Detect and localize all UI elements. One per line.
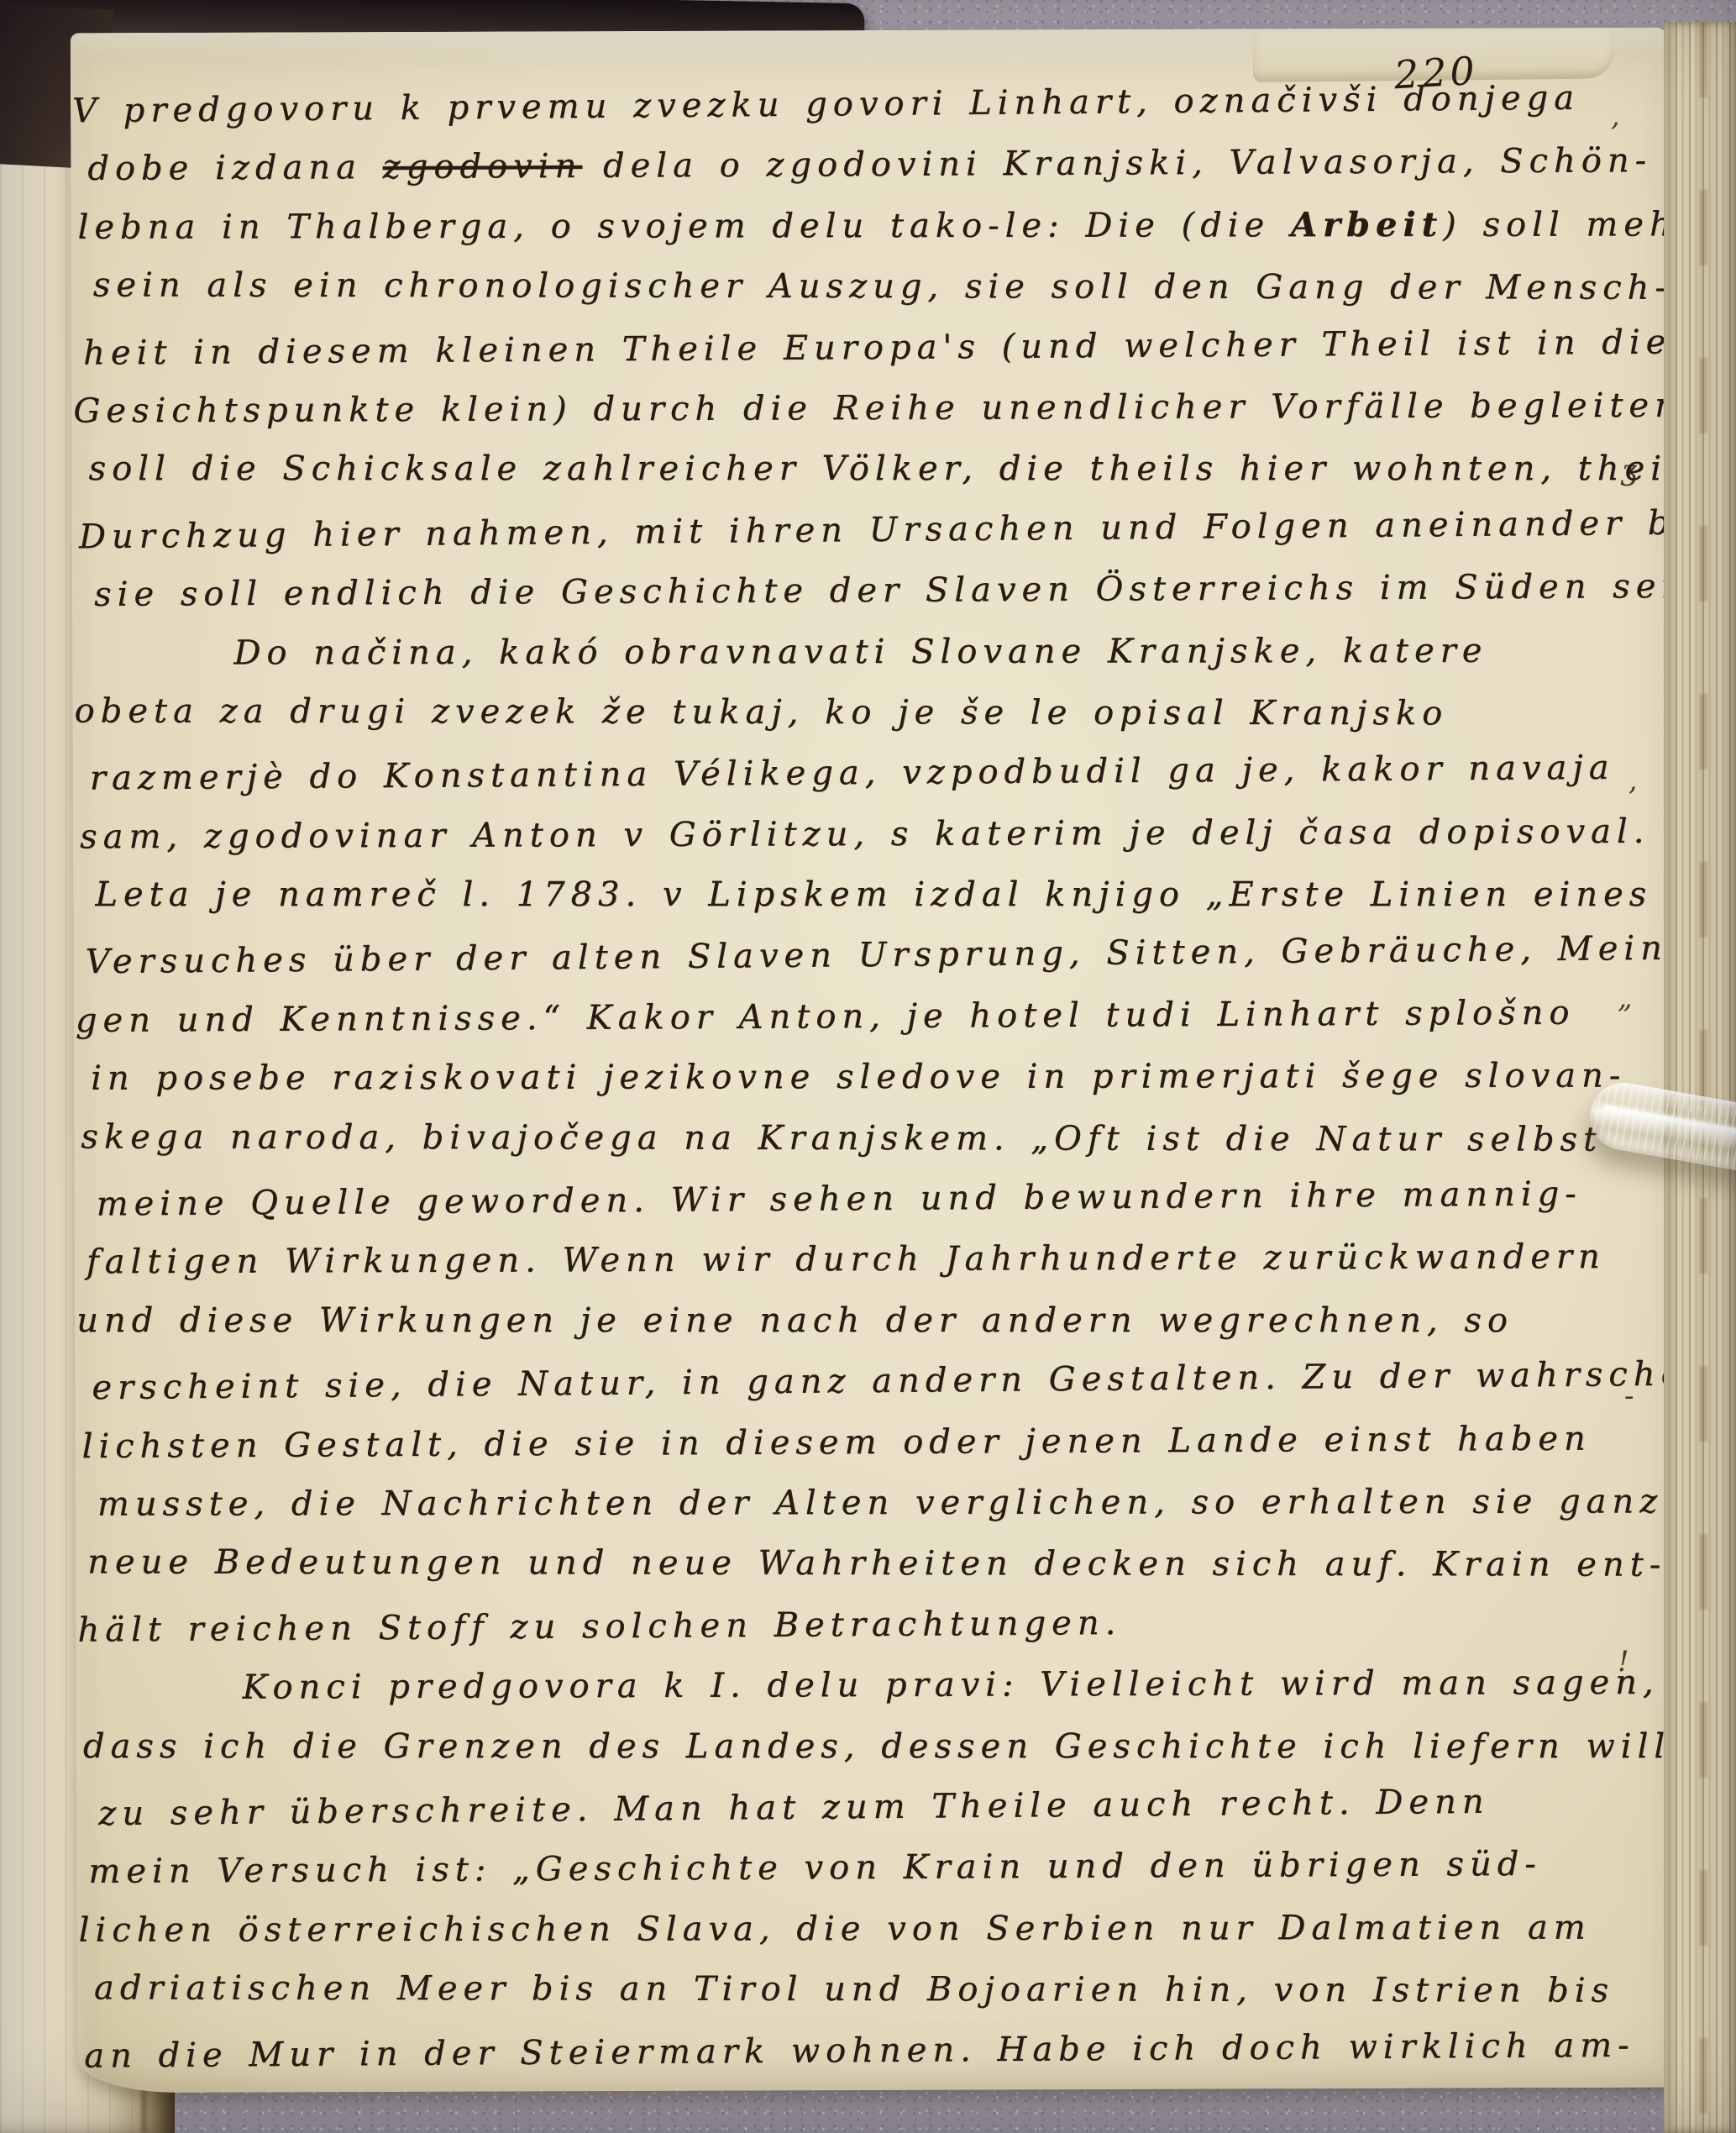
emph-word: Arbeit	[1291, 205, 1443, 244]
manuscript-line: an die Mur in der Steiermark wohnen. Hab…	[84, 2015, 1656, 2086]
manuscript-line: Konci predgovora k I. delu pravi: Vielle…	[92, 1652, 1655, 1719]
manuscript-line: Do načina, kakó obravnavati Slovane Kran…	[84, 620, 1651, 684]
line-part: dela o zgodovini Kranjski, Valvasorja, S…	[582, 142, 1652, 187]
manuscript-line: faltigen Wirkungen. Wenn wir durch Jahrh…	[87, 1227, 1654, 1293]
manuscript-line: obeta za drugi zvezek že tukaj, ko je še…	[74, 680, 1651, 744]
manuscript-line: und diese Wirkungen je eine nach der and…	[76, 1290, 1654, 1351]
manuscript-line: zu sehr überschreite. Man hat zum Theile…	[98, 1770, 1656, 1845]
manuscript-line: dobe izdana zgodovin dela o zgodovini Kr…	[87, 131, 1649, 200]
manuscript-photo: 220 V predgovoru k prvemu zvezku govori …	[0, 0, 1736, 2133]
manuscript-line: musste, die Nachrichten der Alten vergli…	[97, 1471, 1655, 1535]
manuscript-line: Versuches über der alten Slaven Ursprung…	[85, 918, 1653, 993]
manuscript-line: hält reichen Stoff zu solchen Betrachtun…	[77, 1589, 1655, 1660]
manuscript-line: in posebe raziskovati jezikovne sledove …	[91, 1046, 1653, 1110]
ink-mark: !	[1618, 1645, 1629, 1679]
ink-mark: ʒ	[1621, 454, 1637, 487]
manuscript-line: heit in diesem kleinen Theile Europa's (…	[83, 312, 1650, 383]
manuscript-line: Durchzug hier nahmen, mit ihren Ursachen…	[79, 493, 1652, 568]
manuscript-line: lebna in Thalberga, o svojem delu tako-l…	[77, 194, 1649, 258]
manuscript-line: skega naroda, bivajočega na Kranjskem. „…	[81, 1106, 1653, 1170]
manuscript-line: V predgovoru k prvemu zvezku govori Linh…	[72, 67, 1650, 142]
manuscript-line: erscheint sie, die Natur, in ganz andern…	[92, 1344, 1655, 1419]
ink-mark: „	[1618, 981, 1633, 1015]
ink-mark: ,	[1611, 99, 1620, 133]
manuscript-line: lichsten Gestalt, die sie in diesem oder…	[81, 1408, 1654, 1477]
manuscript-line: razmerjè do Konstantina Vélikega, vzpodb…	[90, 738, 1652, 809]
manuscript-line: gen und Kenntnisse.“ Kakor Anton, je hot…	[76, 982, 1653, 1051]
manuscript-line: lichen österreichischen Slava, die von S…	[79, 1897, 1656, 1961]
line-part: dobe izdana	[87, 148, 383, 188]
manuscript-page: 220 V predgovoru k prvemu zvezku govori …	[71, 28, 1676, 2094]
struck-word: zgodovin	[382, 147, 582, 187]
fore-edge-streak	[1699, 22, 1707, 2133]
ink-mark: -	[1624, 1379, 1634, 1413]
manuscript-line: Gesichtspunkte klein) durch die Reihe un…	[73, 376, 1650, 442]
manuscript-line: soll die Schicksale zahlreicher Völker, …	[89, 439, 1651, 499]
manuscript-line: Leta je namreč l. 1783. v Lipskem izdal …	[95, 864, 1652, 925]
manuscript-line: neue Bedeutungen und neue Wahrheiten dec…	[87, 1532, 1655, 1596]
manuscript-line: meine Quelle geworden. Wir sehen und bew…	[96, 1164, 1653, 1235]
manuscript-line: mein Versuch ist: „Geschichte von Krain …	[88, 1833, 1655, 1902]
handwritten-text: V predgovoru k prvemu zvezku govori Linh…	[82, 71, 1656, 2083]
ink-mark: ’	[1628, 781, 1637, 815]
glass-rod-highlight	[1602, 1105, 1736, 1135]
line-part: ) soll mehr	[1443, 205, 1699, 244]
manuscript-line: adriatischen Meer bis an Tirol und Bojoa…	[94, 1957, 1656, 2021]
line-part: lebna in Thalberga, o svojem delu tako-l…	[77, 206, 1290, 247]
manuscript-line: sein als ein chronologischer Auszug, sie…	[93, 255, 1650, 319]
manuscript-line: dass ich die Grenzen des Landes, dessen …	[83, 1716, 1655, 1777]
manuscript-line: sie soll endlich die Geschichte der Slav…	[94, 556, 1651, 625]
manuscript-line: sam, zgodovinar Anton v Görlitzu, s kate…	[80, 801, 1652, 867]
